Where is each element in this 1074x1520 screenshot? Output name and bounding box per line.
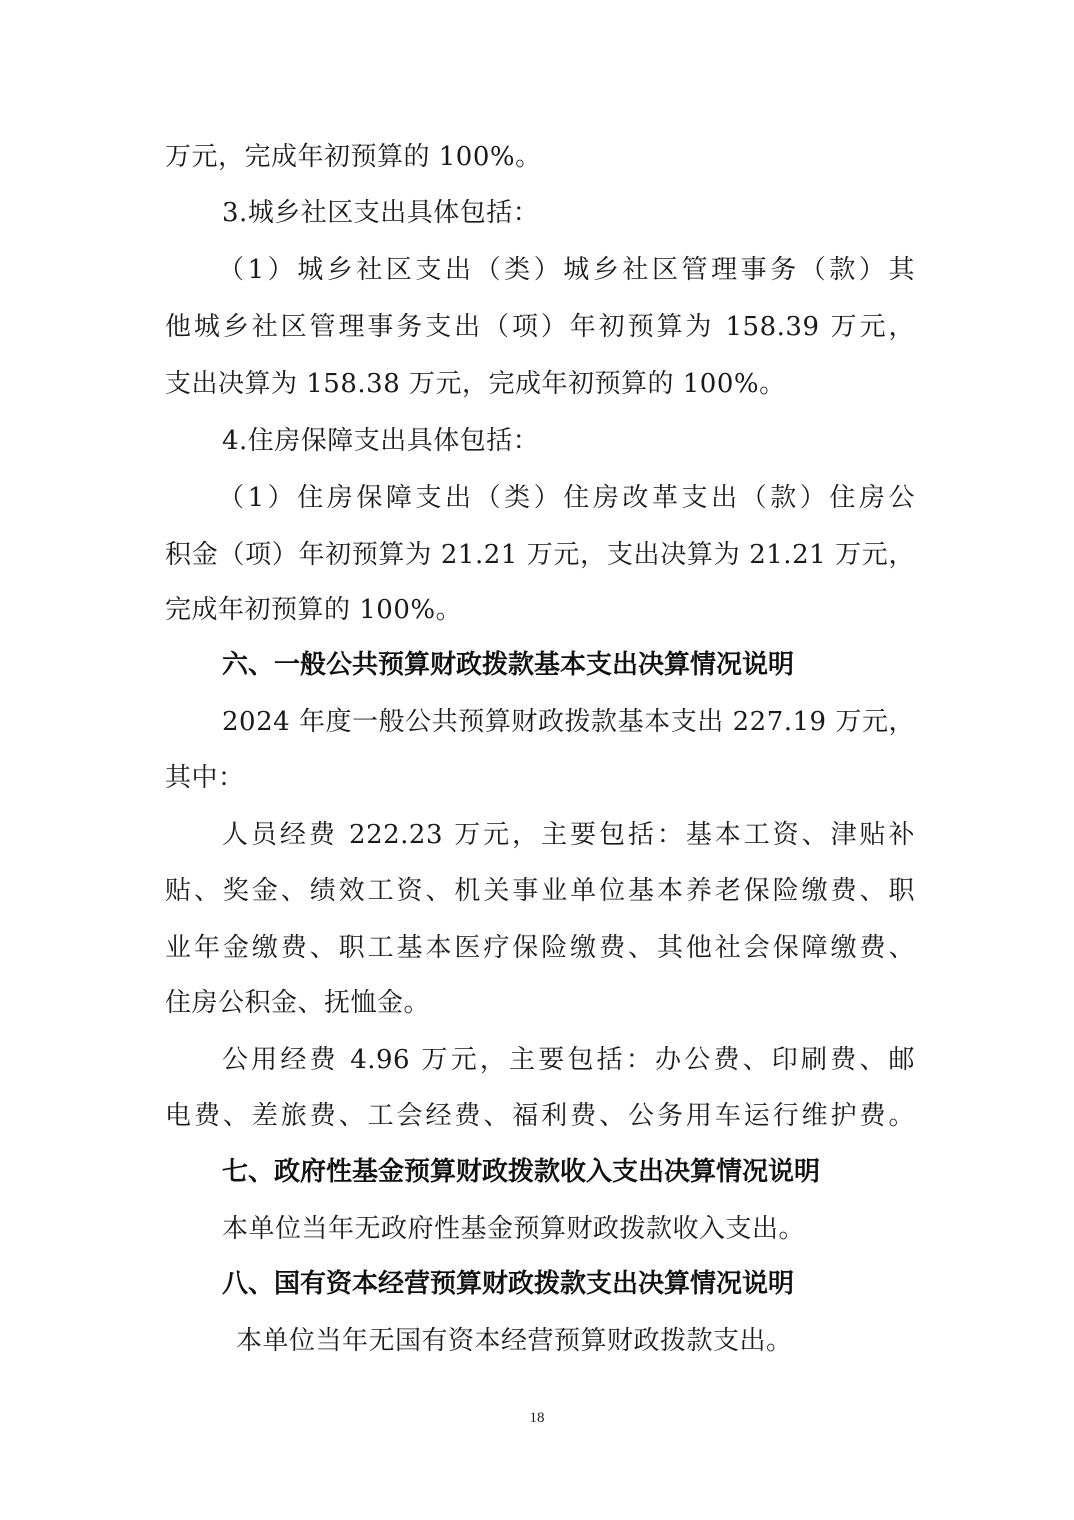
paragraph-line: 业年金缴费、职工基本医疗保险缴费、其他社会保障缴费、 xyxy=(165,928,915,968)
paragraph-line: （1）城乡社区支出（类）城乡社区管理事务（款）其 xyxy=(218,250,915,290)
paragraph-line: 本单位当年无国有资本经营预算财政拨款支出。 xyxy=(236,1321,986,1361)
section-heading-8: 八、国有资本经营预算财政拨款支出决算情况说明 xyxy=(222,1264,915,1304)
paragraph-line: 万元，完成年初预算的 100%。 xyxy=(165,137,915,177)
paragraph-line: （1）住房保障支出（类）住房改革支出（款）住房公 xyxy=(218,478,915,518)
subsection-title-urban-rural: 3.城乡社区支出具体包括： xyxy=(222,193,915,233)
paragraph-line: 2024 年度一般公共预算财政拨款基本支出 227.19 万元， xyxy=(222,702,915,742)
paragraph-line: 电费、差旅费、工会经费、福利费、公务用车运行维护费。 xyxy=(165,1096,915,1136)
section-heading-7: 七、政府性基金预算财政拨款收入支出决算情况说明 xyxy=(222,1152,915,1192)
paragraph-line: 贴、奖金、绩效工资、机关事业单位基本养老保险缴费、职 xyxy=(165,871,915,911)
page-number: 18 xyxy=(0,1410,1074,1427)
document-page: 万元，完成年初预算的 100%。 3.城乡社区支出具体包括： （1）城乡社区支出… xyxy=(0,0,1074,1520)
paragraph-line: 完成年初预算的 100%。 xyxy=(165,590,915,630)
paragraph-line: 本单位当年无政府性基金预算财政拨款收入支出。 xyxy=(222,1209,915,1249)
paragraph-line: 公用经费 4.96 万元，主要包括：办公费、印刷费、邮 xyxy=(222,1040,915,1080)
paragraph-line: 他城乡社区管理事务支出（项）年初预算为 158.39 万元， xyxy=(165,307,915,347)
paragraph-line: 积金（项）年初预算为 21.21 万元，支出决算为 21.21 万元， xyxy=(165,535,915,575)
section-heading-6: 六、一般公共预算财政拨款基本支出决算情况说明 xyxy=(222,645,915,685)
paragraph-line: 支出决算为 158.38 万元，完成年初预算的 100%。 xyxy=(165,364,915,404)
paragraph-line: 人员经费 222.23 万元，主要包括：基本工资、津贴补 xyxy=(222,815,915,855)
paragraph-line: 其中： xyxy=(165,758,915,798)
subsection-title-housing: 4.住房保障支出具体包括： xyxy=(222,421,915,461)
paragraph-line: 住房公积金、抚恤金。 xyxy=(165,983,915,1023)
